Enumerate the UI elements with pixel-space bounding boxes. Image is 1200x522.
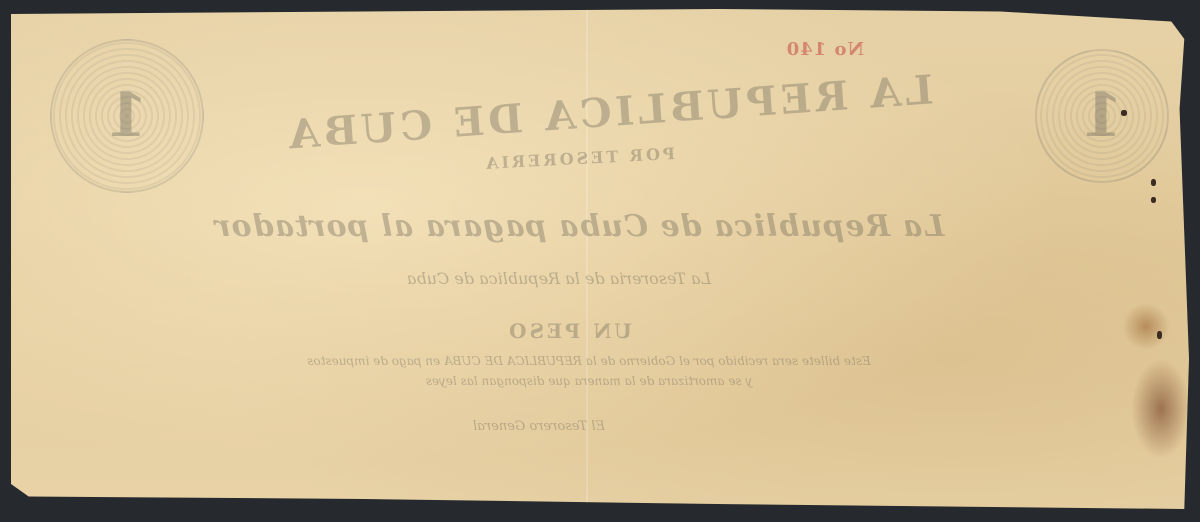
wormhole (1151, 197, 1156, 203)
wormhole (1151, 179, 1156, 186)
wormhole (1157, 331, 1162, 339)
note-body-line-2: y se amortizara de la manera que dispong… (139, 374, 1039, 388)
showthrough-print: 1 1 LA REPUBLICA DE CUBA POR TESORERIA L… (11, 9, 1189, 509)
note-value: UN PESO (369, 319, 769, 343)
note-line: La Tesoreria de la Republica de Cuba (209, 269, 909, 288)
denomination-rosette-right: 1 (1035, 49, 1169, 183)
denomination-rosette-left: 1 (50, 39, 204, 193)
note-script-line: La Republica de Cuba pagara al portador (129, 209, 1029, 244)
stain (1121, 304, 1171, 349)
wormhole (1121, 110, 1127, 116)
note-signature: El Tesorero General (389, 419, 689, 434)
stain (1131, 359, 1189, 459)
note-body-line-1: Este billete sera recibido por el Gobier… (139, 354, 1039, 368)
banknote: 1 1 LA REPUBLICA DE CUBA POR TESORERIA L… (11, 9, 1189, 509)
serial-number: No 140 (786, 39, 864, 60)
note-title: LA REPUBLICA DE CUBA (258, 65, 960, 161)
